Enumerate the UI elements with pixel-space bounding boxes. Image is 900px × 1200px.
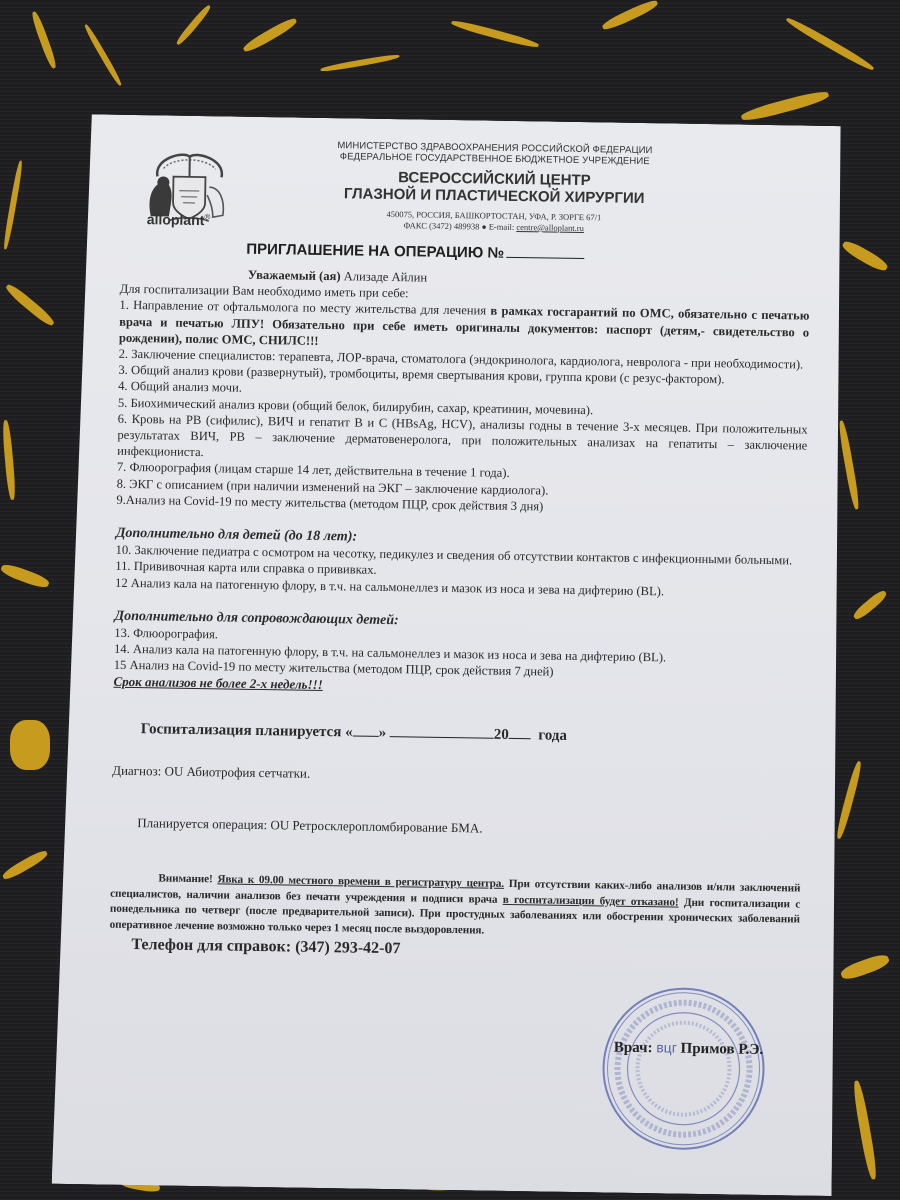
marble-vein <box>2 420 17 500</box>
marble-vein <box>851 1080 878 1180</box>
letterhead: alloplant® МИНИСТЕРСТВО ЗДРАВООХРАНЕНИЯ … <box>139 133 800 243</box>
marble-vein <box>740 89 830 124</box>
marble-vein <box>2 160 24 250</box>
hospitalization-date-line: Госпитализация планируется «» 20 года <box>113 720 803 748</box>
year-blank <box>509 726 531 739</box>
marble-vein <box>10 720 50 770</box>
email-link[interactable]: centre@alloplant.ru <box>516 222 584 233</box>
alloplant-wordmark: alloplant® <box>147 211 211 228</box>
marble-vein <box>175 4 213 47</box>
round-seal-stamp-icon <box>597 982 770 1155</box>
marble-vein <box>837 420 861 510</box>
marble-vein <box>83 23 123 87</box>
diagnosis: Диагноз: OU Абиотрофия сетчатки. <box>112 763 802 790</box>
doctor-signature-line: Врач: вцг Примов Р.Э. <box>614 1039 764 1059</box>
month-blank <box>390 724 494 739</box>
document-title: ПРИГЛАШЕНИЕ НА ОПЕРАЦИЮ № <box>246 241 584 263</box>
planned-operation: Планируется операция: OU Ретросклероплом… <box>111 815 801 842</box>
patient-name: Ализаде Айлин <box>344 269 428 284</box>
marble-vein <box>851 588 888 621</box>
operation-number-blank <box>506 245 584 259</box>
doctor-signature: вцг <box>656 1039 677 1055</box>
marble-vein <box>840 238 889 273</box>
marble-vein <box>450 18 539 49</box>
marble-vein <box>839 952 891 982</box>
day-blank <box>353 723 379 736</box>
marble-vein <box>785 16 876 73</box>
organization-block: МИНИСТЕРСТВО ЗДРАВООХРАНЕНИЯ РОССИЙСКОЙ … <box>259 139 730 236</box>
marble-vein <box>1 848 49 882</box>
marble-vein <box>320 53 400 73</box>
marble-vein <box>4 282 56 328</box>
invitation-document: alloplant® МИНИСТЕРСТВО ЗДРАВООХРАНЕНИЯ … <box>52 114 849 1196</box>
marble-vein <box>242 16 299 55</box>
marble-vein <box>835 760 863 839</box>
attention-notice: Внимание! Явка к 09.00 местного времени … <box>110 871 801 944</box>
marble-vein <box>0 562 51 590</box>
marble-vein <box>30 10 58 69</box>
doctor-name: Примов Р.Э. <box>680 1041 763 1058</box>
marble-vein <box>601 0 660 32</box>
document-body: Уважаемый (ая) Ализаде Айлин Для госпита… <box>109 265 810 964</box>
